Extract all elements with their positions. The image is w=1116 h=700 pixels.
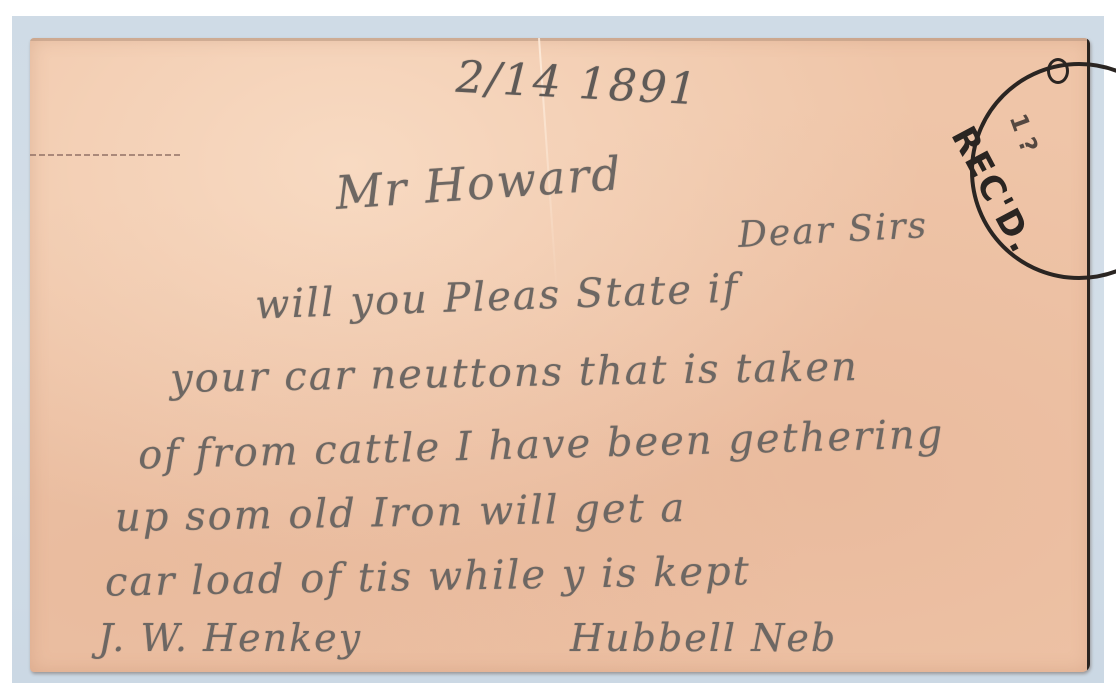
addressee: Mr Howard [333, 146, 624, 220]
card-top-edge [30, 38, 1090, 41]
body-line-5: car load of tis while y is kept [105, 548, 751, 605]
body-line-4: up som old Iron will get a [115, 485, 687, 541]
body-line-3: of from cattle I have been gethering [138, 411, 945, 478]
place-name: Hubbell Neb [570, 616, 837, 660]
handwritten-date: 2/14 1891 [455, 52, 700, 116]
greeting: Dear Sirs [737, 205, 929, 256]
body-line-1: will you Pleas State if [254, 266, 740, 329]
fold-line [30, 154, 180, 156]
signature: J. W. Henkey [98, 616, 362, 660]
body-line-2: your car neuttons that is taken [170, 344, 860, 402]
postcard: 2/14 1891 Mr Howard Dear Sirs will you P… [30, 38, 1090, 672]
postmark-fragment-icon [1047, 58, 1069, 84]
